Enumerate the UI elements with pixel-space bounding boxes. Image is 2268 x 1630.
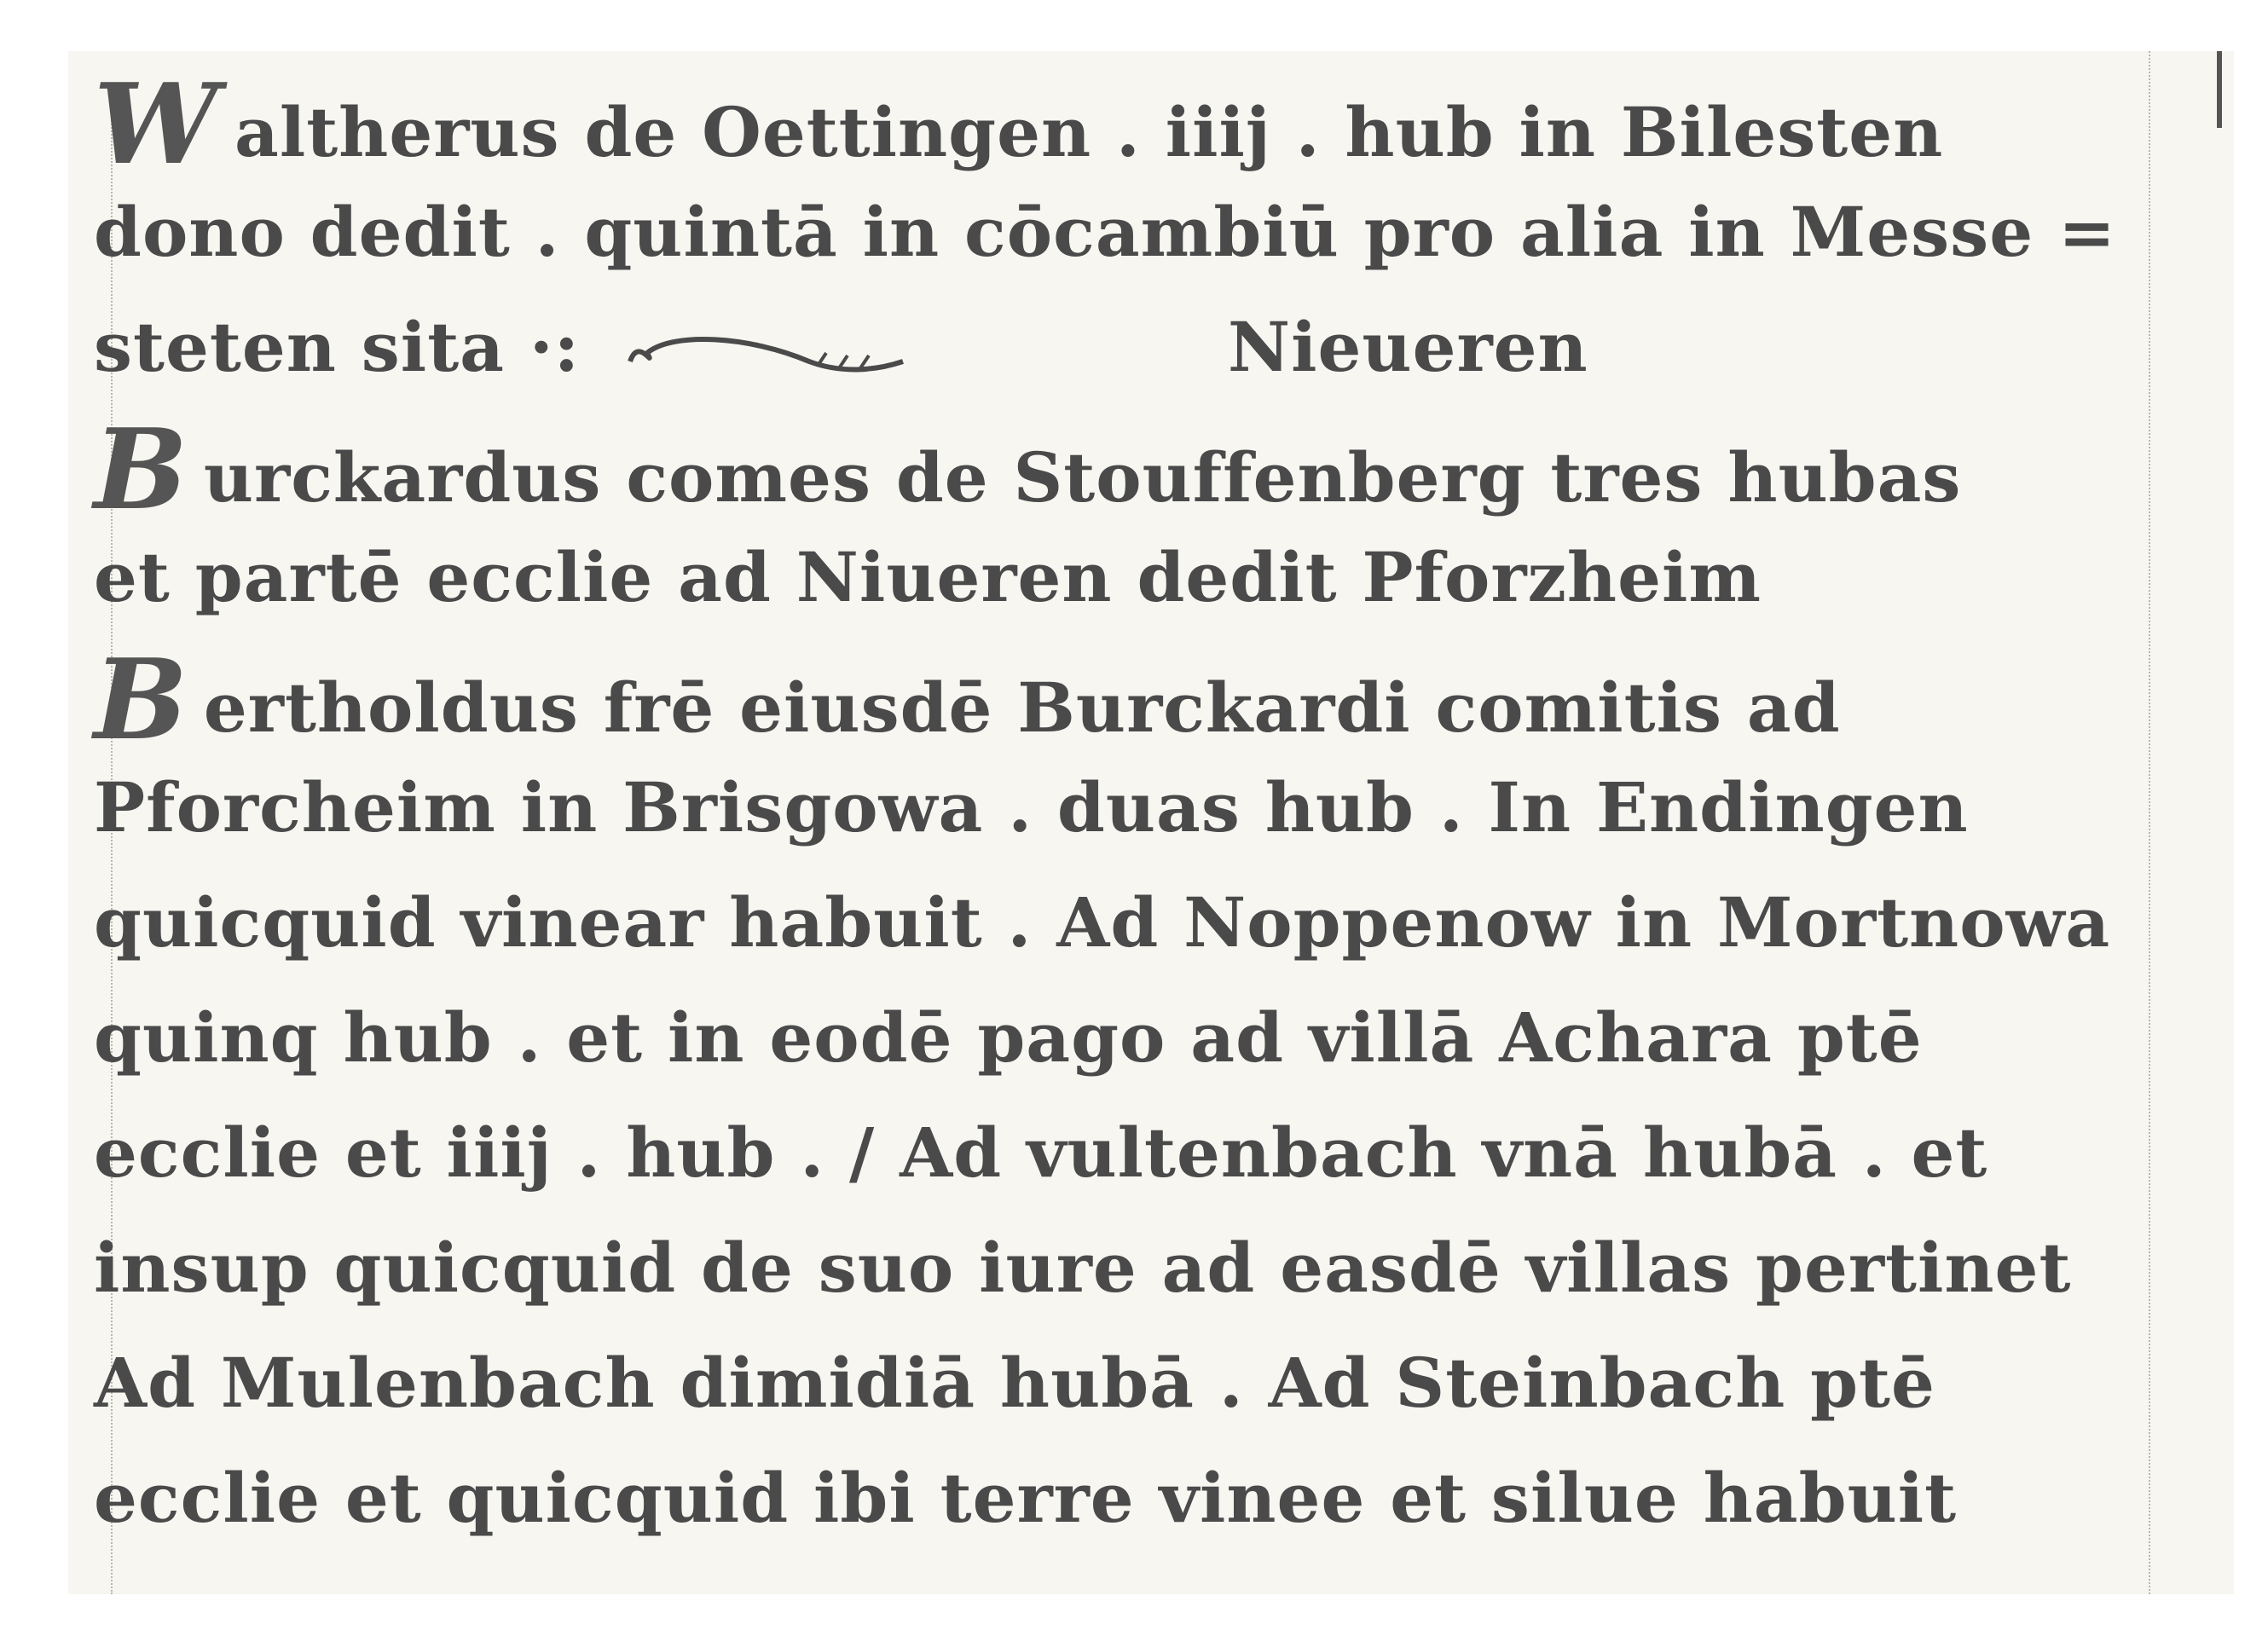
line-text: altherus de Oettingen . iiij . hub in Bi… (234, 92, 1943, 172)
text-line-9: quinq hub . et in eodē pago ad villā Ach… (94, 980, 2174, 1095)
text-line-2: dono dedit . quintā in cōcambiū pro alia… (94, 175, 2174, 290)
decorated-initial: B (94, 412, 188, 527)
line-text: quicquid vinear habuit . Ad Noppenow in … (94, 882, 2110, 962)
text-line-7: Pforcheim in Brisgowa . duas hub . In En… (94, 750, 2174, 865)
line-text: et partē ecclie ad Niueren dedit Pforzhe… (94, 537, 1762, 617)
line-text: Ad Mulenbach dimidiā hubā . Ad Steinbach… (94, 1343, 1935, 1423)
line-text: dono dedit . quintā in cōcambiū pro alia… (94, 192, 2116, 272)
decorated-initial: W (94, 66, 219, 182)
text-line-4: Burckardus comes de Stouffenberg tres hu… (94, 405, 2174, 520)
line-text: insup quicquid de suo iure ad easdē vill… (94, 1228, 2071, 1308)
line-text: ecclie et quicquid ibi terre vinee et si… (94, 1458, 1957, 1538)
line-text: steten sita ·: (94, 307, 580, 387)
page-edge-mark (2217, 51, 2222, 128)
line-text: quinq hub . et in eodē pago ad villā Ach… (94, 997, 1923, 1078)
text-line-6: Bertholdus frē eiusdē Burckardi comitis … (94, 635, 2174, 750)
text-line-8: quicquid vinear habuit . Ad Noppenow in … (94, 865, 2174, 980)
line-text: ertholdus frē eiusdē Burckardi comitis a… (204, 668, 1841, 748)
rubric-heading: Nieueren (1228, 290, 1588, 405)
text-line-13: ecclie et quicquid ibi terre vinee et si… (94, 1441, 2174, 1556)
line-text: ecclie et iiij . hub . / Ad vultenbach v… (94, 1113, 1987, 1193)
text-line-12: Ad Mulenbach dimidiā hubā . Ad Steinbach… (94, 1326, 2174, 1441)
text-block: Waltherus de Oettingen . iiij . hub in B… (94, 60, 2174, 1556)
text-line-3: steten sita ·: Nieueren (94, 290, 2174, 405)
line-text: Pforcheim in Brisgowa . duas hub . In En… (94, 767, 1969, 847)
text-line-10: ecclie et iiij . hub . / Ad vultenbach v… (94, 1095, 2174, 1211)
text-line-1: Waltherus de Oettingen . iiij . hub in B… (94, 60, 2174, 175)
text-line-11: insup quicquid de suo iure ad easdē vill… (94, 1211, 2174, 1326)
text-line-5: et partē ecclie ad Niueren dedit Pforzhe… (94, 520, 2174, 635)
flourish-ornament-icon (622, 327, 911, 379)
decorated-initial: B (94, 642, 188, 757)
line-text: urckardus comes de Stouffenberg tres hub… (204, 437, 1962, 517)
